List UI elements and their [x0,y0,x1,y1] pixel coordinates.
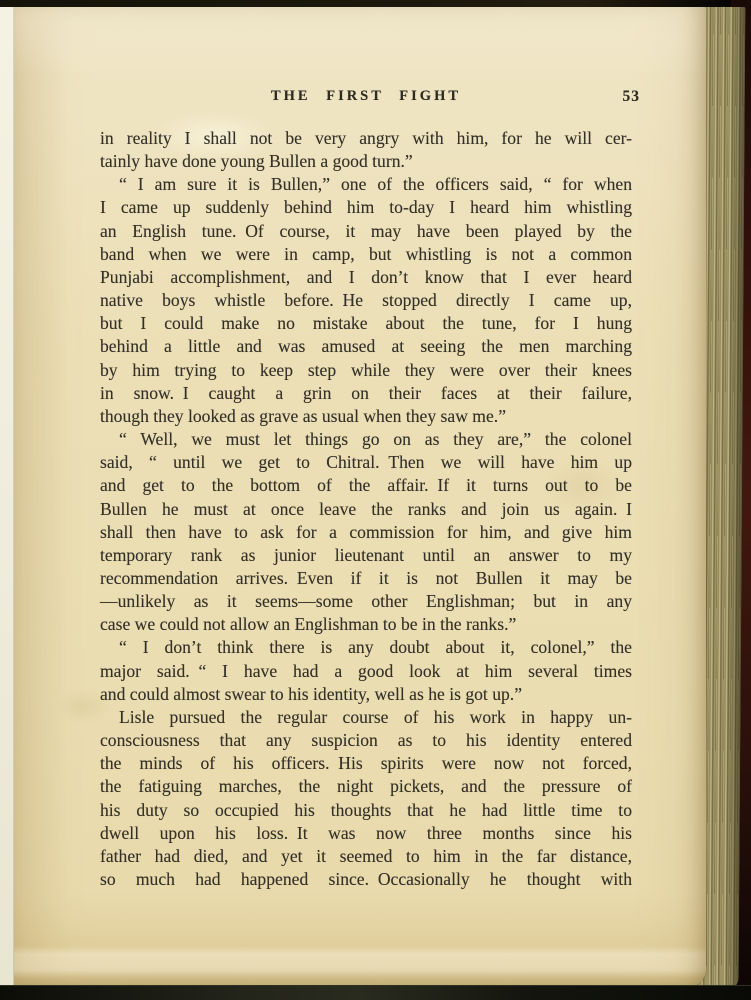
text-line: the fatiguing marches, the night pickets… [100,775,632,798]
text-line: I came up suddenly behind him to-day I h… [100,196,632,219]
text-line: temporary rank as junior lieutenant unti… [100,544,632,567]
text-line: band when we were in camp, but whistling… [100,243,632,266]
text-line: behind a little and was amused at seeing… [100,335,632,358]
text-line: his duty so occupied his thoughts that h… [100,799,632,822]
text-line: “ I am sure it is Bullen,” one of the of… [100,173,632,196]
text-line: native boys whistle before. He stopped d… [100,289,632,312]
text-line: case we could not allow an Englishman to… [100,613,632,636]
book-top-edge [0,0,731,7]
page-text: in reality I shall not be very angry wit… [100,127,632,891]
text-line: major said. “ I have had a good look at … [100,660,632,683]
text-line: by him trying to keep step while they we… [100,359,632,382]
text-line: Bullen he must at once leave the ranks a… [100,498,632,521]
text-line: Lisle pursued the regular course of his … [100,706,632,729]
text-line: dwell upon his loss. It was now three mo… [100,822,632,845]
text-line: and get to the bottom of the affair. If … [100,474,632,497]
text-line: in snow. I caught a grin on their faces … [100,382,632,405]
book-page: THE FIRST FIGHT 53 in reality I shall no… [14,6,706,987]
text-line: but I could make no mistake about the tu… [100,312,632,335]
book-photo: THE FIRST FIGHT 53 in reality I shall no… [0,0,751,1000]
text-line: in reality I shall not be very angry wit… [100,127,632,150]
text-line: father had died, and yet it seemed to hi… [100,845,632,868]
running-title: THE FIRST FIGHT [100,88,632,105]
text-line: —unlikely as it seems—some other English… [100,590,632,613]
text-line: recommendation arrives. Even if it is no… [100,567,632,590]
text-line: and could almost swear to his identity, … [100,683,632,706]
text-line: an English tune. Of course, it may have … [100,220,632,243]
text-line: tainly have done young Bullen a good tur… [100,150,632,173]
text-line: though they looked as grave as usual whe… [100,405,632,428]
page-header: THE FIRST FIGHT 53 [100,88,632,108]
text-line: said, “ until we get to Chitral. Then we… [100,451,632,474]
text-line: “ I don’t think there is any doubt about… [100,636,632,659]
text-line: shall then have to ask for a commission … [100,521,632,544]
text-line: Punjabi accomplishment, and I don’t know… [100,266,632,289]
text-line: consciousness that any suspicion as to h… [100,729,632,752]
book-bottom-edge [0,985,751,1000]
text-line: so much had happened since. Occasionally… [100,868,632,891]
page-number: 53 [623,88,641,106]
text-line: “ Well, we must let things go on as they… [100,428,632,451]
text-line: the minds of his officers. His spirits w… [100,752,632,775]
